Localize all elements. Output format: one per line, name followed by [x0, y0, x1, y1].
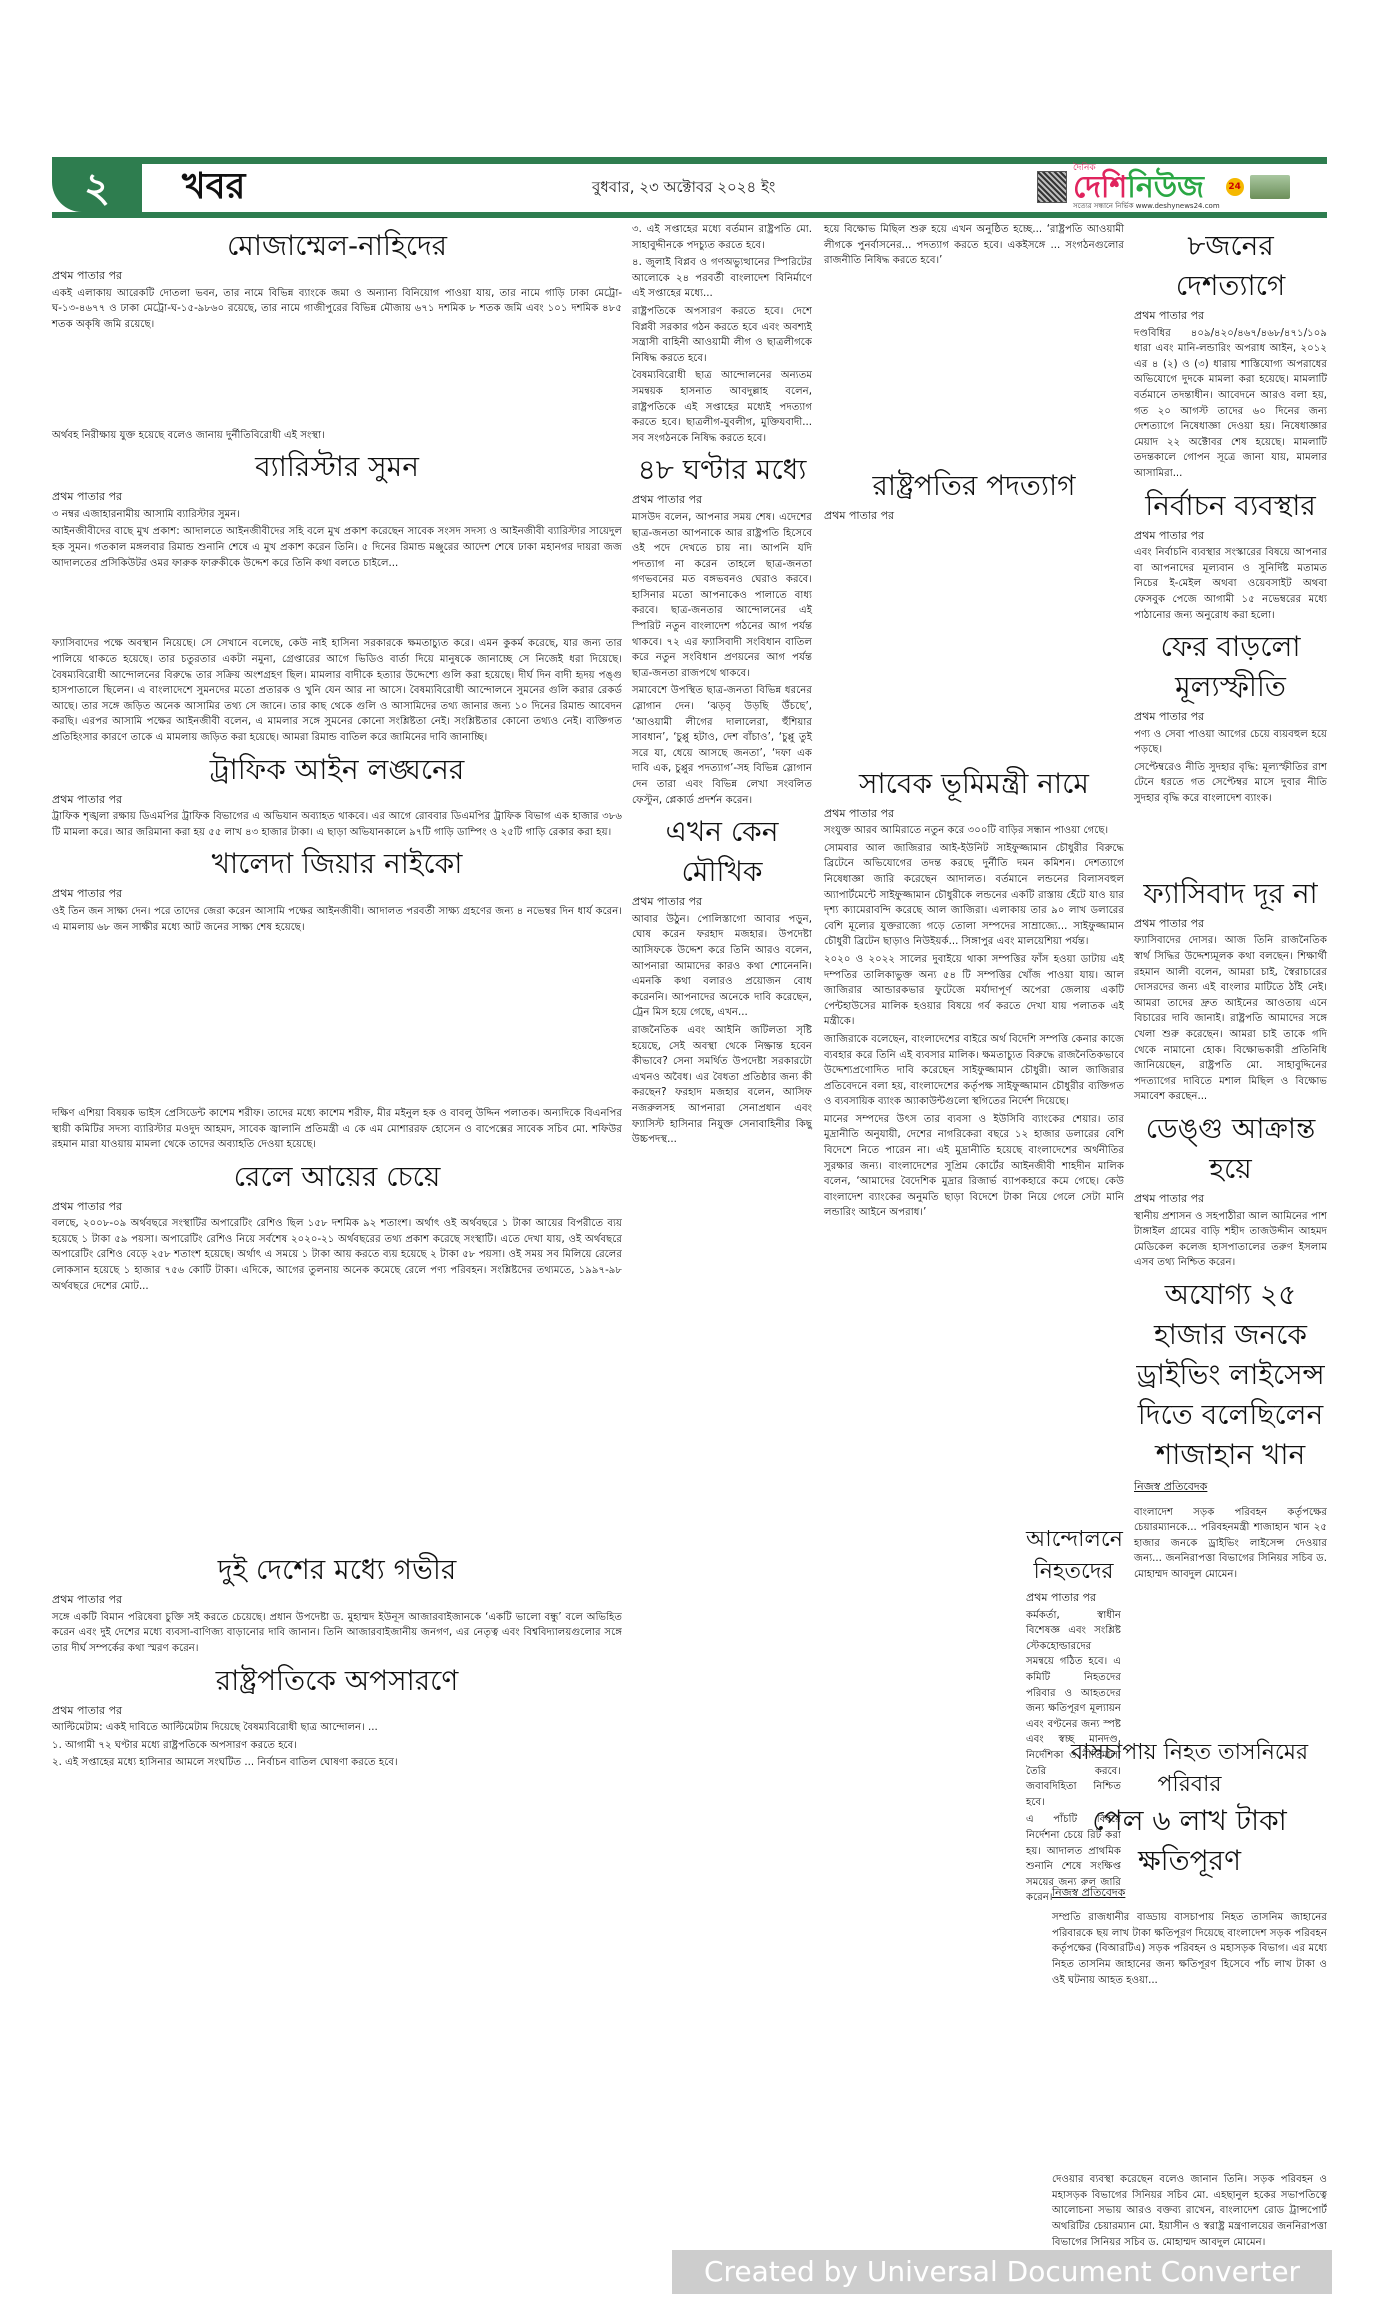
headline: রাষ্ট্রপতিকে অপসারণে	[52, 1661, 622, 1701]
article-president-removal: রাষ্ট্রপতিকে অপসারণে প্রথম পাতার পর আল্ট…	[52, 1661, 622, 1771]
paragraph: ফ্যাসিবাদের দোসর। আজ তিনি রাজনৈতিক স্বার…	[1134, 933, 1327, 1105]
paragraph: রাষ্ট্রপতিকে অপসারণ করতে হবে। দেশে বিপ্ল…	[632, 304, 812, 366]
article-rail: রেলে আয়ের চেয়ে প্রথম পাতার পর বলছে, ২০…	[52, 1157, 622, 1547]
paragraph: সমাবেশে উপস্থিত ছাত্র-জনতা বিভিন্ন ধরনের…	[632, 683, 812, 808]
headline: ব্যারিস্টার সুমন	[52, 447, 622, 487]
headline: অযোগ্য ২৫ হাজার জনকে ড্রাইভিং লাইসেন্স দ…	[1134, 1275, 1327, 1475]
article-election-system: নির্বাচন ব্যবস্থার প্রথম পাতার পর এবং নি…	[1052, 486, 1327, 624]
headline: ফ্যাসিবাদ দূর না	[1134, 874, 1327, 914]
logo-24-badge-icon: 24	[1226, 178, 1244, 196]
article-eight-people: ৮জনের দেশত্যাগে প্রথম পাতার পর দণ্ডবিধির…	[1052, 226, 1327, 482]
headline: দুই দেশের মধ্যে গভীর	[52, 1550, 622, 1590]
article-48-hours: ৪৮ ঘণ্টার মধ্যে প্রথম পাতার পর মাসউদ বলে…	[632, 450, 812, 808]
newspaper-logo[interactable]: দৈনিক দেশিনিউজ সত্যের সন্ধানে নির্ভিক ww…	[1037, 164, 1312, 210]
article-driving-license: অযোগ্য ২৫ হাজার জনকে ড্রাইভিং লাইসেন্স দ…	[1052, 1275, 1327, 1735]
paragraph: বাংলাদেশ সড়ক পরিবহন কর্তৃপক্ষের চেয়ারম…	[1134, 1505, 1327, 1735]
paragraph: আইনজীবীদের বাছে মুখ প্রকাশ: আদালতে আইনজী…	[52, 524, 622, 634]
paragraph: অর্থবহ নিরীক্ষায় যুক্ত হয়েছে বলেও জানা…	[52, 428, 622, 444]
kicker: প্রথম পাতার পর	[52, 1703, 622, 1719]
kicker: প্রথম পাতার পর	[632, 492, 812, 508]
logo-part-1: দেশি	[1073, 170, 1127, 205]
paragraph: ওই তিন জন সাক্ষ্য দেন। পরে তাদের জেরা কর…	[52, 904, 622, 1104]
headline: রেলে আয়ের চেয়ে	[52, 1157, 622, 1197]
article-traffic: ট্রাফিক আইন লঙ্ঘনের প্রথম পাতার পর ট্রাফ…	[52, 750, 622, 841]
logo-part-2: নিউজ	[1127, 170, 1204, 205]
kicker: প্রথম পাতার পর	[1134, 1191, 1327, 1207]
kicker: প্রথম পাতার পর	[1134, 528, 1327, 544]
paragraph: স্থানীয় প্রশাসন ও সহপাঠীরা আল আমিনের পা…	[1134, 1209, 1327, 1271]
kicker: প্রথম পাতার পর	[1134, 709, 1327, 725]
headline: খালেদা জিয়ার নাইকো	[52, 844, 622, 884]
headline: ডেঙ্গু আক্রান্ত হয়ে	[1134, 1109, 1327, 1189]
headline-line-2: পেল ৬ লাখ টাকা ক্ষতিপূরণ	[1052, 1801, 1327, 1881]
kicker: প্রথম পাতার পর	[52, 1199, 622, 1215]
parliament-building-icon	[1250, 175, 1290, 199]
kicker: প্রথম পাতার পর	[52, 792, 622, 808]
column-left: মোজাম্মেল-নাহিদের প্রথম পাতার পর একই এলা…	[52, 222, 622, 1773]
converter-watermark: Created by Universal Document Converter	[672, 2250, 1332, 2294]
article-mozammel: মোজাম্মেল-নাহিদের প্রথম পাতার পর একই এলা…	[52, 226, 622, 443]
article-suman: ব্যারিস্টার সুমন প্রথম পাতার পর ৩ নম্বর …	[52, 447, 622, 745]
paragraph: ৩ নম্বর এজাহারনামীয় আসামি ব্যারিস্টার স…	[52, 507, 622, 523]
paragraph: মাসউদ বলেন, আপনার সময় শেষ। এদেশের ছাত্র…	[632, 510, 812, 682]
paragraph: ৪. জুলাই বিপ্লব ও গণঅভ্যুত্থানের স্পিরিট…	[632, 255, 812, 302]
paragraph: পণ্য ও সেবা পাওয়া আগের চেয়ে ব্যয়বহুল …	[1134, 727, 1327, 758]
byline: নিজস্ব প্রতিবেদক	[1134, 1479, 1327, 1495]
kicker: প্রথম পাতার পর	[1134, 308, 1327, 324]
article-khaleda: খালেদা জিয়ার নাইকো প্রথম পাতার পর ওই তি…	[52, 844, 622, 1152]
masthead-bottom-rule	[52, 212, 1327, 218]
paragraph: ৩. এই সপ্তাহের মধ্যে বর্তমান রাষ্ট্রপতি …	[632, 222, 812, 253]
paragraph: ১. আগামী ৭২ ঘণ্টার মধ্যে রাষ্ট্রপতিকে অপ…	[52, 1738, 622, 1754]
headline: ট্রাফিক আইন লঙ্ঘনের	[52, 750, 622, 790]
kicker: প্রথম পাতার পর	[632, 894, 812, 910]
article-inflation: ফের বাড়লো মূল্যস্ফীতি প্রথম পাতার পর পণ…	[1052, 627, 1327, 870]
article-dengue: ডেঙ্গু আক্রান্ত হয়ে প্রথম পাতার পর স্থা…	[1052, 1109, 1327, 1271]
logo-tagline: সত্যের সন্ধানে নির্ভিক www.deshynews24.c…	[1073, 203, 1220, 210]
article-two-countries: দুই দেশের মধ্যে গভীর প্রথম পাতার পর সঙ্গ…	[52, 1550, 622, 1656]
article-bus-compensation: বাসচাপায় নিহত তাসনিমের পরিবার পেল ৬ লাখ…	[1052, 1737, 1327, 2251]
kicker: প্রথম পাতার পর	[1134, 916, 1327, 932]
paragraph: ট্রাফিক শৃঙ্খলা রক্ষায় ডিএমপির ট্রাফিক …	[52, 809, 622, 840]
paragraph: ফ্যাসিবাদের পক্ষে অবস্থান নিয়েছে। সে সে…	[52, 636, 622, 745]
qr-code-icon	[1037, 171, 1067, 203]
paragraph: দক্ষিণ এশিয়া বিষয়ক ভাইস প্রেসিডেন্ট কা…	[52, 1106, 622, 1153]
column-center-left: ৩. এই সপ্তাহের মধ্যে বর্তমান রাষ্ট্রপতি …	[632, 222, 812, 1150]
paragraph: ২. এই সপ্তাহের মধ্যে হাসিনার আমলে সংঘটিত…	[52, 1755, 622, 1771]
paragraph: রাজনৈতিক এবং আইনি জটিলতা সৃষ্টি হয়েছে, …	[632, 1023, 812, 1148]
headline: ফের বাড়লো মূল্যস্ফীতি	[1134, 627, 1327, 707]
headline: নির্বাচন ব্যবস্থার	[1134, 486, 1327, 526]
paragraph: একই এলাকায় আরেকটি দোতলা ভবন, তার নামে ব…	[52, 286, 622, 426]
kicker: প্রথম পাতার পর	[52, 268, 622, 284]
paragraph: সঙ্গে একটি বিমান পরিষেবা চুক্তি সই করতে …	[52, 1610, 622, 1657]
paragraph: সম্প্রতি রাজধানীর বাড্ডায় বাসচাপায় নিহ…	[1052, 1910, 1327, 2170]
newspaper-page: ২ খবর বুধবার, ২৩ অক্টোবর ২০২৪ ইং দৈনিক দ…	[52, 0, 1327, 2240]
headline: ৮জনের দেশত্যাগে	[1134, 226, 1327, 306]
paragraph: আল্টিমেটাম: একই দাবিতে আল্টিমেটাম দিয়েছ…	[52, 1720, 622, 1736]
headline: মোজাম্মেল-নাহিদের	[52, 226, 622, 266]
column-right: ৮জনের দেশত্যাগে প্রথম পাতার পর দণ্ডবিধির…	[1052, 222, 1327, 2252]
paragraph: সেপ্টেম্বরেও নীতি সুদহার বৃদ্ধি: মূল্যস্…	[1134, 760, 1327, 870]
kicker: প্রথম পাতার পর	[52, 886, 622, 902]
byline: নিজস্ব প্রতিবেদক	[1052, 1885, 1327, 1901]
headline: ৪৮ ঘণ্টার মধ্যে	[632, 450, 812, 490]
paragraph: দেওয়ার ব্যবস্থা করেছেন বলেও জানান তিনি।…	[1052, 2172, 1327, 2250]
kicker: প্রথম পাতার পর	[52, 489, 622, 505]
headline-line-1: বাসচাপায় নিহত তাসনিমের পরিবার	[1052, 1737, 1327, 1801]
paragraph: বলছে, ২০০৮-০৯ অর্থবছরে সংস্থাটির অপারেটি…	[52, 1216, 622, 1546]
section-title: খবর	[182, 162, 245, 212]
page-number-badge: ২	[52, 164, 142, 212]
kicker: প্রথম পাতার পর	[52, 1592, 622, 1608]
paragraph: বৈষম্যবিরোধী ছাত্র আন্দোলনের অন্যতম সমন্…	[632, 368, 812, 446]
headline: এখন কেন মৌখিক	[632, 812, 812, 892]
paragraph: এবং নির্বাচনি ব্যবস্থার সংস্কারের বিষয়ে…	[1134, 545, 1327, 623]
article-why-silent: এখন কেন মৌখিক প্রথম পাতার পর আবার উঠুন। …	[632, 812, 812, 1148]
paragraph: আবার উঠুন। পোলিস্তাগো আবার পড়ুন, ঘোষ কর…	[632, 912, 812, 1021]
paragraph: দণ্ডবিধির ৪০৯/৪২০/৪৬৭/৪৬৮/৪৭১/১০৯ ধারা এ…	[1134, 326, 1327, 482]
dateline: বুধবার, ২৩ অক্টোবর ২০২৪ ইং	[592, 176, 775, 201]
article-fascism: ফ্যাসিবাদ দূর না প্রথম পাতার পর ফ্যাসিবা…	[1052, 874, 1327, 1105]
